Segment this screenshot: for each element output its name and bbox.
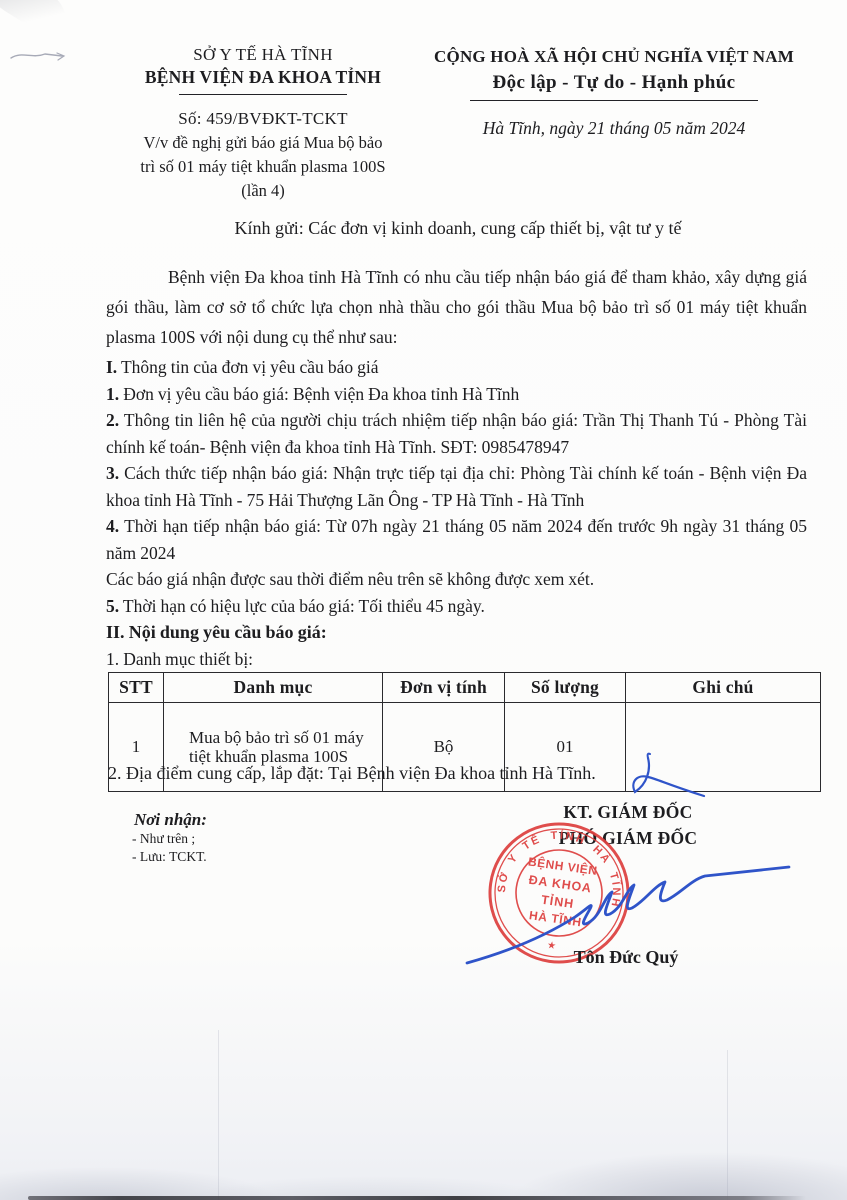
signer-name: Tôn Đức Quý (556, 947, 696, 968)
item-5: 5. Thời hạn có hiệu lực của báo giá: Tối… (106, 593, 807, 620)
scan-edge-strip (28, 1196, 806, 1200)
document-subject: V/v đề nghị gửi báo giá Mua bộ bảo trì s… (112, 131, 414, 203)
col-don-vi-tinh: Đơn vị tính (383, 673, 505, 703)
scan-corner-shadow (0, 0, 72, 40)
intro-paragraph: Bệnh viện Đa khoa tỉnh Hà Tĩnh có nhu cầ… (106, 262, 807, 352)
col-ghi-chu: Ghi chú (626, 673, 821, 703)
late-quote-note: Các báo giá nhận được sau thời điểm nêu … (106, 566, 807, 593)
col-danh-muc: Danh mục (164, 673, 383, 703)
margin-pen-mark (8, 46, 72, 66)
national-motto: Độc lập - Tự do - Hạnh phúc (392, 71, 836, 96)
col-so-luong: Số lượng (505, 673, 626, 703)
salutation-line: Kính gửi: Các đơn vị kinh doanh, cung cấ… (108, 218, 808, 239)
item-1: 1. Đơn vị yêu cầu báo giá: Bệnh viện Đa … (106, 381, 807, 408)
paper-crease (727, 1050, 728, 1200)
pen-flourish-mark (620, 752, 710, 806)
recipient-item: - Lưu: TCKT. (132, 848, 354, 866)
recipients-label: Nơi nhận: (134, 810, 354, 830)
subject-line: trì số 01 máy tiệt khuẩn plasma 100S (112, 155, 414, 179)
equipment-list-label: 1. Danh mục thiết bị: (106, 646, 807, 673)
issuer-block: SỞ Y TẾ HÀ TĨNH BỆNH VIỆN ĐA KHOA TỈNH S… (112, 44, 414, 203)
subject-line: V/v đề nghị gửi báo giá Mua bộ bảo (112, 131, 414, 155)
item-2: 2. Thông tin liên hệ của người chịu trác… (106, 407, 807, 460)
issuer-underline (179, 94, 347, 95)
recipients-block: Nơi nhận: - Như trên ; - Lưu: TCKT. (134, 810, 354, 866)
letter-body-sections: I. Thông tin của đơn vị yêu cầu báo giá … (106, 354, 807, 672)
national-title: CỘNG HOÀ XÃ HỘI CHỦ NGHĨA VIỆT NAM (392, 46, 836, 68)
issuer-parent-agency: SỞ Y TẾ HÀ TĨNH (112, 44, 414, 65)
item-3: 3. Cách thức tiếp nhận báo giá: Nhận trự… (106, 460, 807, 513)
national-motto-block: CỘNG HOÀ XÃ HỘI CHỦ NGHĨA VIỆT NAM Độc l… (392, 46, 836, 140)
paper-crease (218, 1030, 219, 1200)
item-4: 4. Thời hạn tiếp nhận báo giá: Từ 07h ng… (106, 513, 807, 566)
section-1-heading: I. Thông tin của đơn vị yêu cầu báo giá (106, 354, 807, 381)
scan-bottom-shadows (0, 1080, 847, 1200)
subject-line: (lần 4) (112, 179, 414, 203)
scanned-official-letter: SỞ Y TẾ HÀ TĨNH BỆNH VIỆN ĐA KHOA TỈNH S… (0, 0, 847, 1200)
section-2-heading: II. Nội dung yêu cầu báo giá: (106, 619, 807, 646)
place-date-line: Hà Tĩnh, ngày 21 tháng 05 năm 2024 (392, 117, 836, 140)
col-stt: STT (109, 673, 164, 703)
table-header-row: STT Danh mục Đơn vị tính Số lượng Ghi ch… (109, 673, 821, 703)
recipient-item: - Như trên ; (132, 830, 354, 848)
motto-underline (470, 100, 758, 101)
issuer-name: BỆNH VIỆN ĐA KHOA TỈNH (112, 67, 414, 89)
document-number: Số: 459/BVĐKT-TCKT (112, 108, 414, 129)
